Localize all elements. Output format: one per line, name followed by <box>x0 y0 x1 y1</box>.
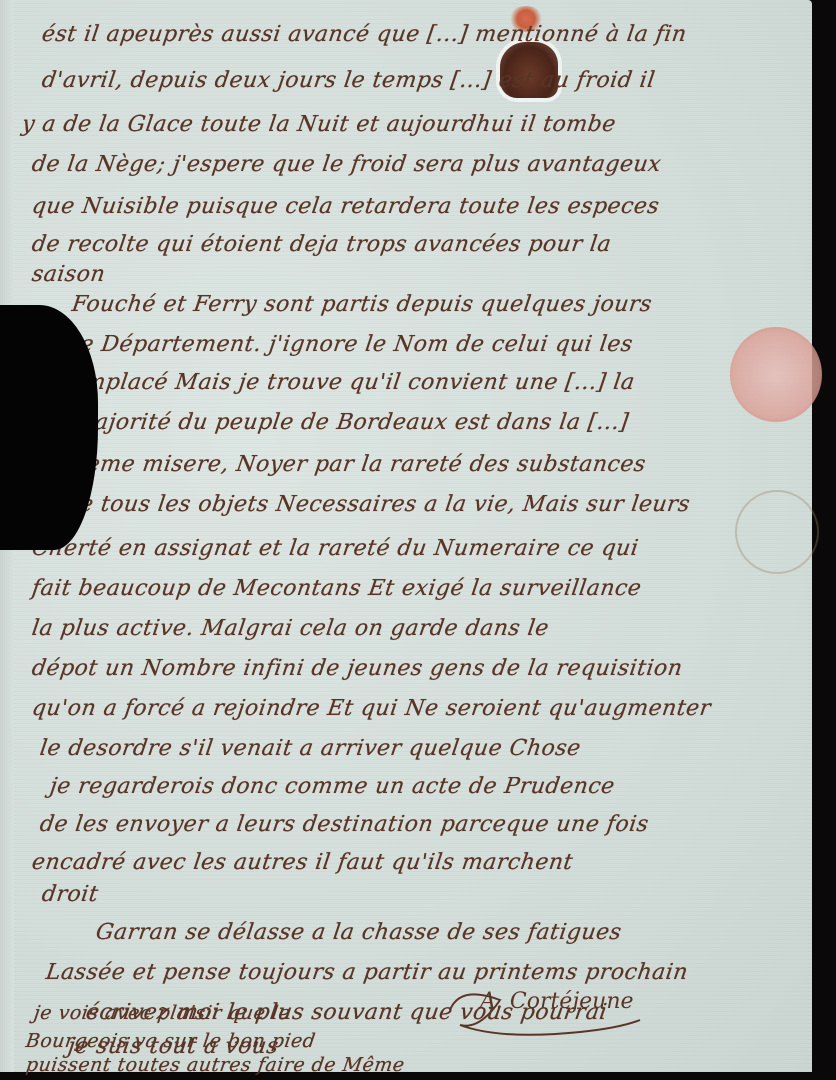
ink-blot <box>0 305 98 550</box>
handwritten-line: de la Nège; j'espere que le froid sera p… <box>30 152 663 177</box>
postscript-line: Bourgeois va sur le bon pied <box>24 1030 317 1052</box>
handwritten-line: remplacé Mais je trouve qu'il convient u… <box>58 370 636 395</box>
handwritten-line: saison <box>30 262 107 287</box>
handwritten-line: dépot un Nombre infini de jeunes gens de… <box>30 656 684 681</box>
handwritten-line: qu'on a forcé a rejoindre Et qui Ne sero… <box>30 696 712 721</box>
handwritten-line: la plus active. Malgrai cela on garde da… <box>30 616 550 641</box>
red-wax-stain <box>730 327 822 422</box>
handwritten-line: Et de tous les objets Necessaires a la v… <box>30 492 692 517</box>
handwritten-line: extreme misere, Noyer par la rareté des … <box>38 452 647 477</box>
faint-postmark <box>735 490 819 574</box>
postscript-line: je vois avec plaisir que le <box>32 1002 291 1024</box>
handwritten-line: de ce Département. j'ignore le Nom de ce… <box>30 332 634 357</box>
handwritten-line: fait beaucoup de Mecontans Et exigé la s… <box>30 576 643 601</box>
handwritten-line: encadré avec les autres il faut qu'ils m… <box>30 850 574 875</box>
handwritten-line: de recolte qui étoient deja trops avancé… <box>30 232 613 257</box>
handwritten-line: Fouché et Ferry sont partis depuis quelq… <box>70 292 653 317</box>
handwritten-line: je regarderois donc comme un acte de Pru… <box>48 774 616 799</box>
postscript-line: puissent toutes autres faire de Même <box>24 1054 406 1076</box>
handwritten-line: de les envoyer a leurs destination parce… <box>38 812 650 837</box>
letter-page: ést il apeuprès aussi avancé que [...] m… <box>0 0 812 1072</box>
handwritten-line: Cherté en assignat et la rareté du Numer… <box>30 536 640 561</box>
signature-flourish: A. Cortéjeune <box>440 980 670 1040</box>
handwritten-line: droit <box>40 882 100 907</box>
handwritten-line: y a de la Glace toute la Nuit et aujourd… <box>20 112 617 137</box>
handwritten-line: que Nuisible puisque cela retardera tout… <box>30 194 661 219</box>
handwritten-line: d'avril, depuis deux jours le temps [...… <box>40 68 656 93</box>
svg-text:A. Cortéjeune: A. Cortéjeune <box>478 989 634 1014</box>
handwritten-line: Garran se délasse a la chasse de ses fat… <box>94 920 623 945</box>
handwritten-line: Majorité du peuple de Bordeaux est dans … <box>70 410 630 435</box>
handwritten-line: le desordre s'il venait a arriver quelqu… <box>38 736 582 761</box>
handwritten-line: ést il apeuprès aussi avancé que [...] m… <box>40 22 688 47</box>
